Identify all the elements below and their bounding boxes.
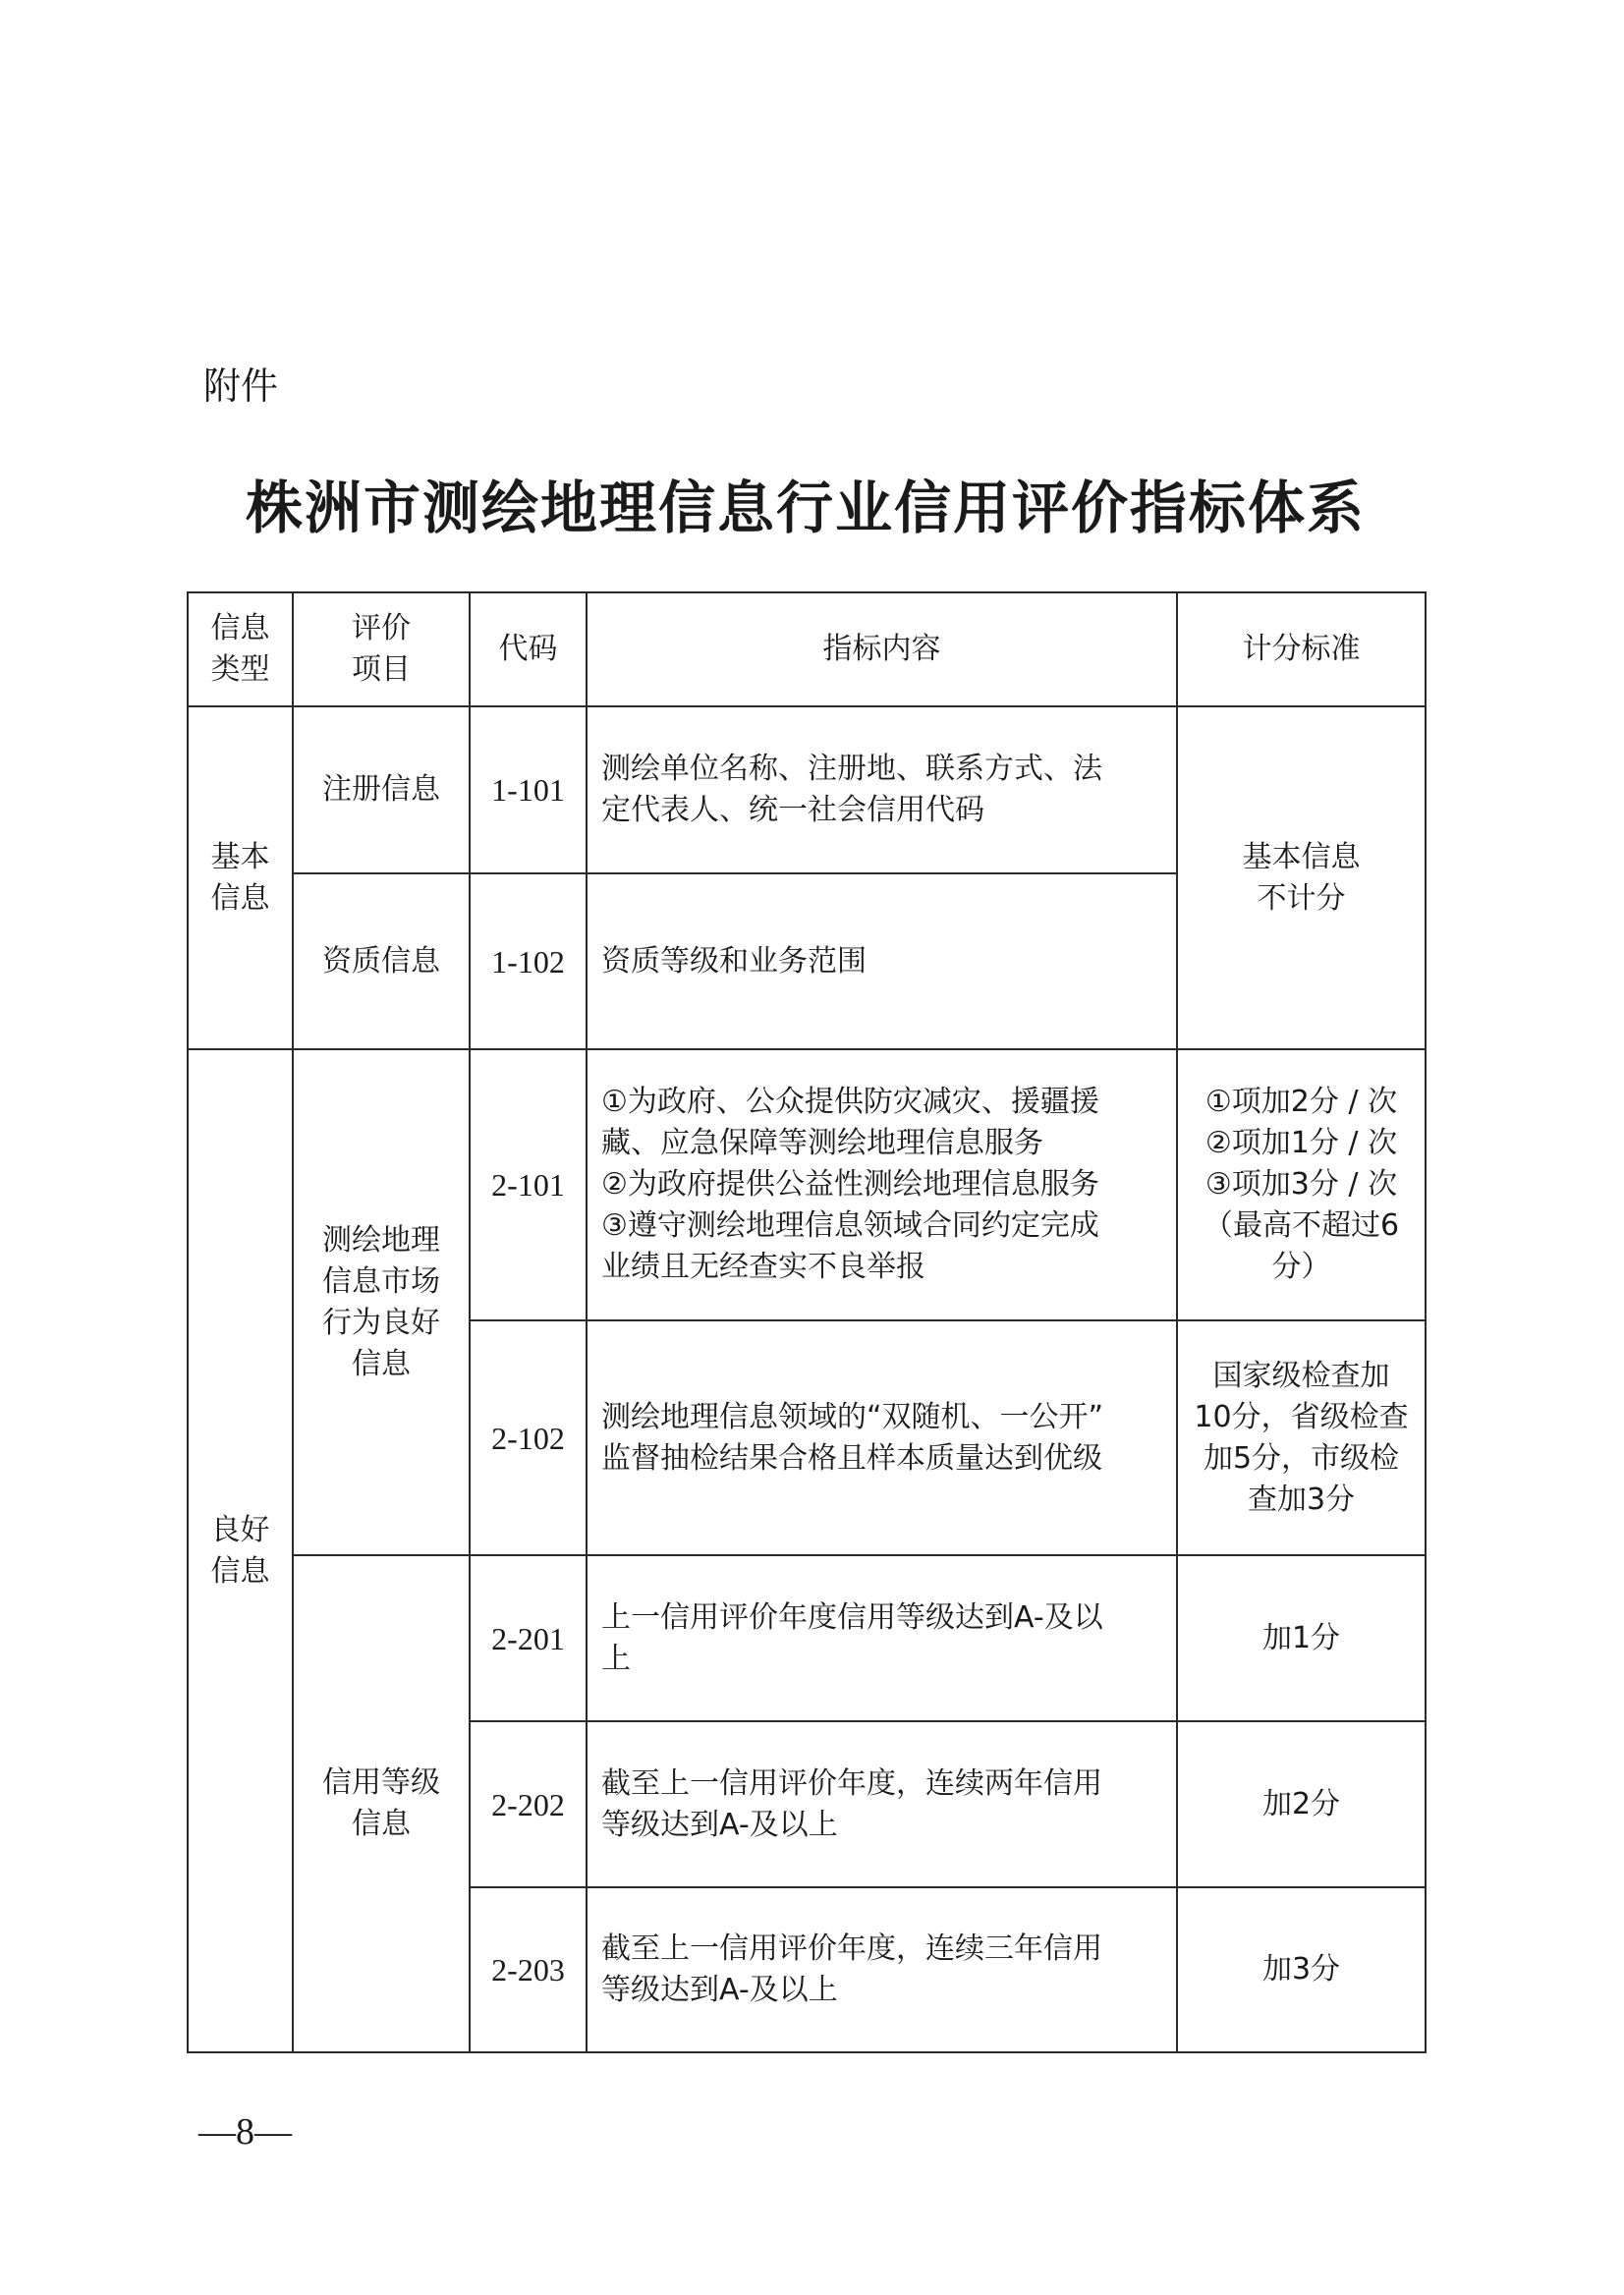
- credit-evaluation-table: 信息 类型 评价 项目 代码 指标内容 计分标准 基本 信息 注册信息 1-10…: [187, 591, 1427, 2053]
- eval-item-cell: 测绘地理 信息市场 行为良好 信息: [293, 1049, 470, 1555]
- info-type-cell: 良好 信息: [188, 1049, 293, 2052]
- content-cell: 截至上一信用评价年度，连续两年信用 等级达到A-及以上: [587, 1721, 1177, 1887]
- cell-text: 等级达到A-及以上: [601, 1970, 1162, 2011]
- header-text: 信息: [189, 608, 292, 649]
- eval-item-cell: 资质信息: [293, 873, 470, 1049]
- header-text: 评价: [294, 608, 469, 649]
- page-number: —8—: [198, 2110, 292, 2154]
- scoring-cell: ①项加2分 / 次 ②项加1分 / 次 ③项加3分 / 次 （最高不超过6 分）: [1177, 1049, 1426, 1320]
- cell-text: ②为政府提供公益性测绘地理信息服务: [601, 1164, 1162, 1205]
- cell-text: 测绘地理信息领域的“双随机、一公开”: [601, 1397, 1162, 1438]
- code-cell: 2-203: [470, 1887, 587, 2052]
- content-cell: 资质等级和业务范围: [587, 873, 1177, 1049]
- cell-text: 信息: [189, 878, 292, 920]
- cell-text: 截至上一信用评价年度，连续两年信用: [601, 1763, 1162, 1805]
- cell-text: 上: [601, 1639, 1162, 1680]
- cell-text: ③项加3分 / 次: [1178, 1164, 1425, 1205]
- cell-text: ①项加2分 / 次: [1178, 1082, 1425, 1123]
- scoring-cell: 加1分: [1177, 1555, 1426, 1721]
- content-cell: ①为政府、公众提供防灾减灾、援疆援 藏、应急保障等测绘地理信息服务 ②为政府提供…: [587, 1049, 1177, 1320]
- attachment-label: 附件: [203, 356, 278, 410]
- cell-text: 国家级检查加: [1178, 1356, 1425, 1397]
- code-cell: 1-102: [470, 873, 587, 1049]
- cell-text: 信用等级: [294, 1763, 469, 1804]
- eval-item-cell: 信用等级 信息: [293, 1555, 470, 2052]
- cell-text: 查加3分: [1178, 1480, 1425, 1521]
- cell-text: 信息: [189, 1551, 292, 1593]
- content-cell: 测绘单位名称、注册地、联系方式、法 定代表人、统一社会信用代码: [587, 706, 1177, 873]
- scoring-cell: 加2分: [1177, 1721, 1426, 1887]
- cell-text: ②项加1分 / 次: [1178, 1123, 1425, 1164]
- scoring-cell: 基本信息 不计分: [1177, 706, 1426, 1049]
- cell-text: 行为良好: [294, 1303, 469, 1344]
- table-row: 良好 信息 测绘地理 信息市场 行为良好 信息 2-101 ①为政府、公众提供防…: [188, 1049, 1426, 1320]
- content-cell: 测绘地理信息领域的“双随机、一公开” 监督抽检结果合格且样本质量达到优级: [587, 1320, 1177, 1555]
- cell-text: 测绘单位名称、注册地、联系方式、法: [601, 749, 1162, 790]
- cell-text: 加5分，市级检: [1178, 1438, 1425, 1480]
- cell-text: 良好: [189, 1510, 292, 1551]
- cell-text: 基本信息: [1178, 837, 1425, 878]
- scoring-cell: 国家级检查加 10分，省级检查 加5分，市级检 查加3分: [1177, 1320, 1426, 1555]
- code-cell: 2-202: [470, 1721, 587, 1887]
- cell-text: 信息: [294, 1804, 469, 1845]
- cell-text: 分）: [1178, 1247, 1425, 1288]
- cell-text: 信息: [294, 1344, 469, 1385]
- cell-text: 藏、应急保障等测绘地理信息服务: [601, 1123, 1162, 1164]
- cell-text: 不计分: [1178, 878, 1425, 920]
- header-info-type: 信息 类型: [188, 592, 293, 706]
- info-type-cell: 基本 信息: [188, 706, 293, 1049]
- cell-text: 等级达到A-及以上: [601, 1805, 1162, 1846]
- cell-text: 上一信用评价年度信用等级达到A-及以: [601, 1597, 1162, 1639]
- header-content: 指标内容: [587, 592, 1177, 706]
- header-code: 代码: [470, 592, 587, 706]
- code-cell: 2-102: [470, 1320, 587, 1555]
- cell-text: 10分，省级检查: [1178, 1397, 1425, 1438]
- cell-text: ①为政府、公众提供防灾减灾、援疆援: [601, 1082, 1162, 1123]
- table-row: 信用等级 信息 2-201 上一信用评价年度信用等级达到A-及以 上 加1分: [188, 1555, 1426, 1721]
- cell-text: 测绘地理: [294, 1220, 469, 1261]
- content-cell: 上一信用评价年度信用等级达到A-及以 上: [587, 1555, 1177, 1721]
- document-title: 株洲市测绘地理信息行业信用评价指标体系: [187, 462, 1425, 544]
- cell-text: 定代表人、统一社会信用代码: [601, 790, 1162, 831]
- cell-text: 截至上一信用评价年度，连续三年信用: [601, 1929, 1162, 1970]
- cell-text: 业绩且无经查实不良举报: [601, 1247, 1162, 1288]
- eval-item-cell: 注册信息: [293, 706, 470, 873]
- code-cell: 2-101: [470, 1049, 587, 1320]
- cell-text: 信息市场: [294, 1261, 469, 1303]
- table-header-row: 信息 类型 评价 项目 代码 指标内容 计分标准: [188, 592, 1426, 706]
- code-cell: 1-101: [470, 706, 587, 873]
- header-text: 项目: [294, 649, 469, 691]
- header-text: 类型: [189, 649, 292, 691]
- cell-text: 监督抽检结果合格且样本质量达到优级: [601, 1438, 1162, 1480]
- scoring-cell: 加3分: [1177, 1887, 1426, 2052]
- cell-text: （最高不超过6: [1178, 1205, 1425, 1247]
- header-scoring: 计分标准: [1177, 592, 1426, 706]
- cell-text: 基本: [189, 837, 292, 878]
- code-cell: 2-201: [470, 1555, 587, 1721]
- cell-text: ③遵守测绘地理信息领域合同约定完成: [601, 1205, 1162, 1247]
- content-cell: 截至上一信用评价年度，连续三年信用 等级达到A-及以上: [587, 1887, 1177, 2052]
- header-eval-item: 评价 项目: [293, 592, 470, 706]
- table-row: 基本 信息 注册信息 1-101 测绘单位名称、注册地、联系方式、法 定代表人、…: [188, 706, 1426, 873]
